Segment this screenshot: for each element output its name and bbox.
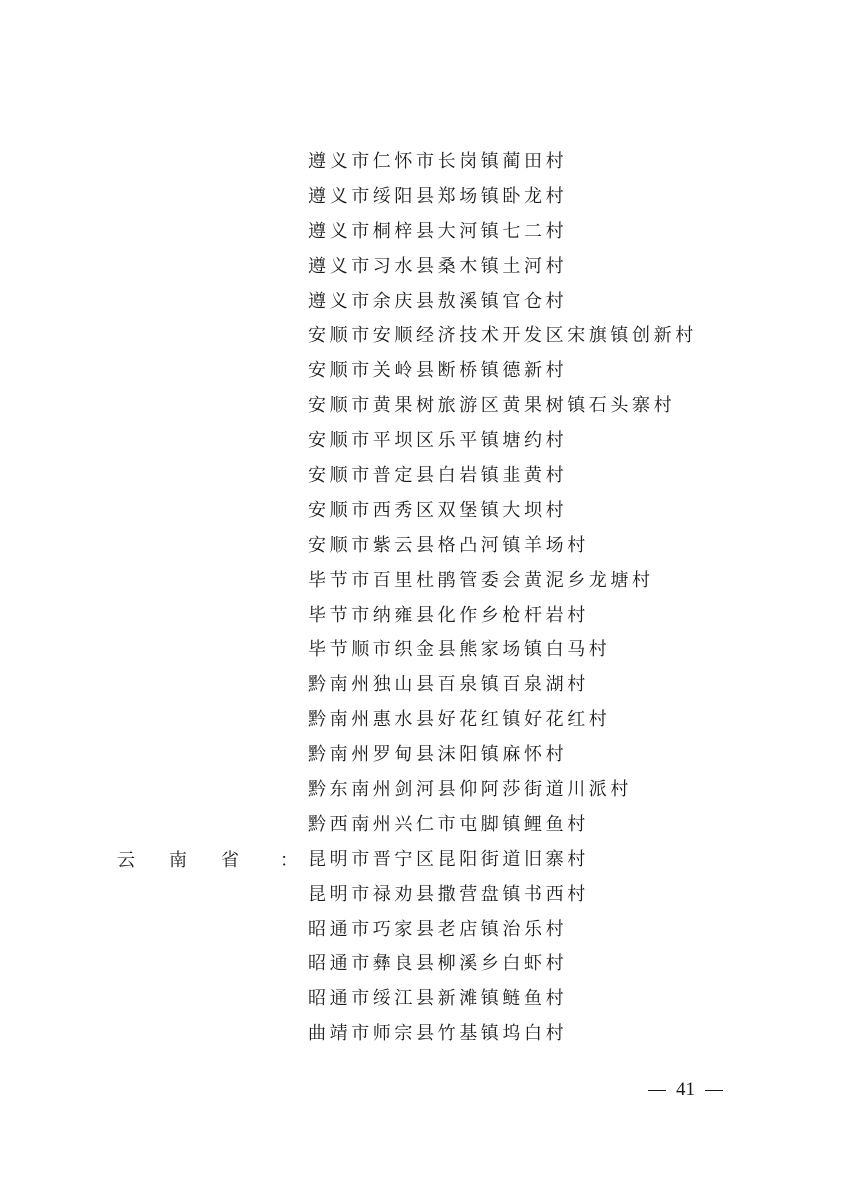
list-item: 遵义市桐梓县大河镇七二村	[308, 217, 697, 252]
list-item: 安顺市紫云县格凸河镇羊场村	[308, 531, 697, 566]
page-number-value: 41	[676, 1078, 695, 1102]
page-number: 41	[648, 1078, 723, 1102]
list-item: 安顺市黄果树旅游区黄果树镇石头寨村	[308, 391, 697, 426]
list-item: 昆明市禄劝县撒营盘镇书西村	[308, 880, 697, 915]
list-item: 遵义市习水县桑木镇土河村	[308, 252, 697, 287]
list-item: 黔南州独山县百泉镇百泉湖村	[308, 670, 697, 705]
list-item: 安顺市平坝区乐平镇塘约村	[308, 426, 697, 461]
document-page: 遵义市仁怀市长岗镇蔺田村 遵义市绥阳县郑场镇卧龙村 遵义市桐梓县大河镇七二村 遵…	[0, 0, 848, 1200]
dash-right-icon	[705, 1090, 723, 1091]
list-item: 安顺市西秀区双堡镇大坝村	[308, 496, 697, 531]
village-list: 遵义市仁怀市长岗镇蔺田村 遵义市绥阳县郑场镇卧龙村 遵义市桐梓县大河镇七二村 遵…	[308, 147, 697, 1054]
list-item: 昆明市晋宁区昆阳街道旧寨村	[308, 845, 697, 880]
list-item: 黔南州惠水县好花红镇好花红村	[308, 705, 697, 740]
list-item: 安顺市关岭县断桥镇德新村	[308, 356, 697, 391]
list-item: 安顺市安顺经济技术开发区宋旗镇创新村	[308, 321, 697, 356]
list-item: 黔南州罗甸县沫阳镇麻怀村	[308, 740, 697, 775]
list-item: 昭通市绥江县新滩镇鲢鱼村	[308, 984, 697, 1019]
province-colon: ：	[280, 846, 298, 876]
list-item: 遵义市仁怀市长岗镇蔺田村	[308, 147, 697, 182]
list-item: 毕节顺市织金县熊家场镇白马村	[308, 635, 697, 670]
list-item: 毕节市百里杜鹃管委会黄泥乡龙塘村	[308, 566, 697, 601]
province-char: 省	[221, 846, 273, 876]
province-char: 云	[117, 846, 169, 876]
list-item: 昭通市彝良县柳溪乡白虾村	[308, 949, 697, 984]
dash-left-icon	[648, 1090, 666, 1091]
list-item: 遵义市绥阳县郑场镇卧龙村	[308, 182, 697, 217]
list-item: 安顺市普定县白岩镇韭黄村	[308, 461, 697, 496]
list-item: 毕节市纳雍县化作乡枪杆岩村	[308, 601, 697, 636]
list-item: 曲靖市师宗县竹基镇坞白村	[308, 1019, 697, 1054]
list-item: 黔东南州剑河县仰阿莎街道川派村	[308, 775, 697, 810]
list-item: 黔西南州兴仁市屯脚镇鲤鱼村	[308, 810, 697, 845]
list-item: 昭通市巧家县老店镇治乐村	[308, 915, 697, 950]
province-label-yunnan: 云 南 省 ：	[117, 846, 298, 876]
province-char: 南	[169, 846, 221, 876]
list-item: 遵义市余庆县敖溪镇官仓村	[308, 287, 697, 322]
